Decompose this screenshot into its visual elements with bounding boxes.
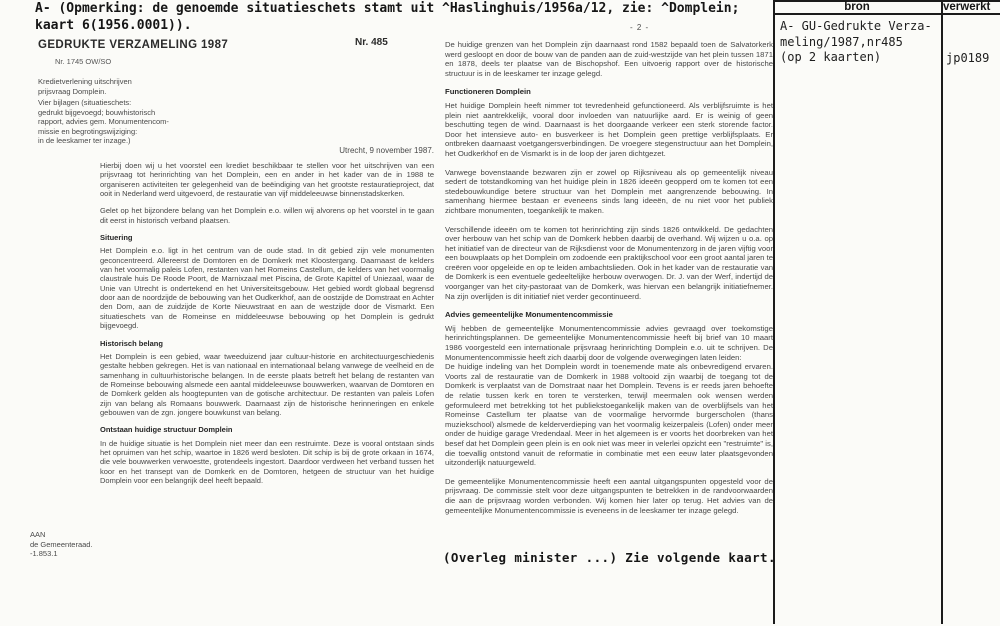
collection-title: GEDRUKTE VERZAMELING 1987 xyxy=(38,39,228,51)
section-heading: Historisch belang xyxy=(100,339,434,348)
paragraph: In de huidige situatie is het Domplein n… xyxy=(100,439,434,486)
verwerkt-entry: jp0189 xyxy=(946,51,989,65)
table-middle-border xyxy=(941,0,943,624)
paragraph: Vanwege bovenstaande bezwaren zijn er zo… xyxy=(445,168,773,216)
section-heading: Ontstaan huidige structuur Domplein xyxy=(100,425,434,434)
subject-line: Kredietverlening uitschrijven prijsvraag… xyxy=(38,77,132,96)
paragraph: Hierbij doen wij u het voorstel een kred… xyxy=(100,161,434,198)
page1-body: Hierbij doen wij u het voorstel een kred… xyxy=(100,161,434,493)
paragraph: Het huidige Domplein heeft nimmer tot te… xyxy=(445,101,773,159)
bron-entry: A- GU-Gedrukte Verza- meling/1987,nr485 … xyxy=(780,19,932,66)
paragraph: De huidige indeling van het Domplein wor… xyxy=(445,362,773,468)
paragraph: De gemeentelijke Monumentencommissie hee… xyxy=(445,477,773,515)
paragraph: Verschillende ideeën om te komen tot her… xyxy=(445,225,773,302)
addressee-block: AAN de Gemeenteraad. -1.853.1 xyxy=(30,530,93,559)
paragraph: Wij hebben de gemeentelijke Monumentenco… xyxy=(445,324,773,362)
paragraph: De huidige grenzen van het Domplein zijn… xyxy=(445,40,773,78)
reference-number: Nr. 1745 OW/SO xyxy=(55,57,111,66)
table-left-border xyxy=(773,0,775,624)
paragraph: Het Domplein e.o. ligt in het centrum va… xyxy=(100,246,434,330)
section-heading: Situering xyxy=(100,233,434,242)
closing-note: (Overleg minister ...) Zie volgende kaar… xyxy=(443,550,776,565)
dateline: Utrecht, 9 november 1987. xyxy=(100,146,434,155)
verwerkt-column-header: verwerkt xyxy=(943,1,1000,13)
table-header-border xyxy=(773,13,1000,15)
bron-column-header: bron xyxy=(773,1,941,13)
page2-body: De huidige grenzen van het Domplein zijn… xyxy=(445,40,773,524)
paragraph: Het Domplein is een gebied, waar tweedui… xyxy=(100,352,434,417)
section-heading: Advies gemeentelijke Monumentencommissie xyxy=(445,310,773,320)
section-heading: Functioneren Domplein xyxy=(445,87,773,97)
document-number: Nr. 485 xyxy=(355,37,388,48)
page-number: - 2 - xyxy=(630,23,649,32)
paragraph: Gelet op het bijzondere belang van het D… xyxy=(100,206,434,225)
annotation-note: A- (Opmerking: de genoemde situatieschet… xyxy=(35,1,795,34)
attachments-note: Vier bijlagen (situatieschets: gedrukt b… xyxy=(38,98,206,146)
